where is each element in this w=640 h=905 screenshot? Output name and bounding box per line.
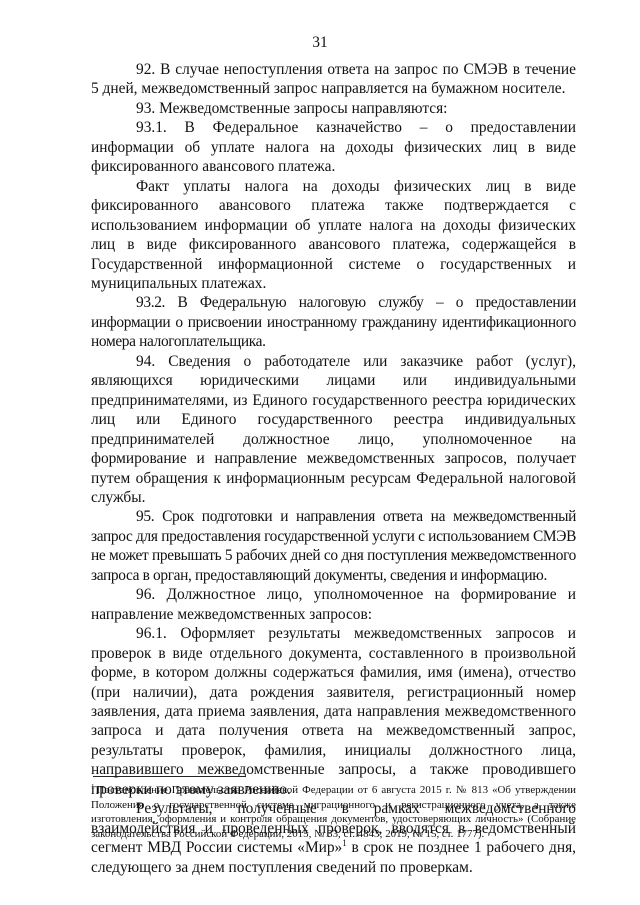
footnote-divider: [93, 776, 246, 777]
paragraph-92: 92. В случае непоступления ответа на зап…: [91, 60, 576, 99]
paragraph-93-1: 93.1. В Федеральное казначейство – о пре…: [91, 118, 576, 176]
paragraph-96-1: 96.1. Оформляет результаты межведомствен…: [91, 624, 576, 799]
footnote: 1Постановление Правительства Российской …: [91, 783, 576, 841]
paragraph-93-1-fact: Факт уплаты налога на доходы физических …: [91, 177, 576, 294]
paragraph-93-2: 93.2. В Федеральную налоговую службу – о…: [91, 293, 576, 351]
footnote-marker: 1: [91, 783, 95, 791]
paragraph-95: 95. Срок подготовки и направления ответа…: [91, 507, 576, 585]
paragraph-93: 93. Межведомственные запросы направляютс…: [91, 99, 576, 118]
page-number: 31: [0, 33, 640, 53]
footnote-text: Постановление Правительства Российской Ф…: [91, 784, 576, 840]
paragraph-96: 96. Должностное лицо, уполномоченное на …: [91, 585, 576, 624]
paragraph-94: 94. Сведения о работодателе или заказчик…: [91, 352, 576, 508]
document-body: 92. В случае непоступления ответа на зап…: [91, 60, 576, 877]
document-page: 31 92. В случае непоступления ответа на …: [0, 0, 640, 905]
